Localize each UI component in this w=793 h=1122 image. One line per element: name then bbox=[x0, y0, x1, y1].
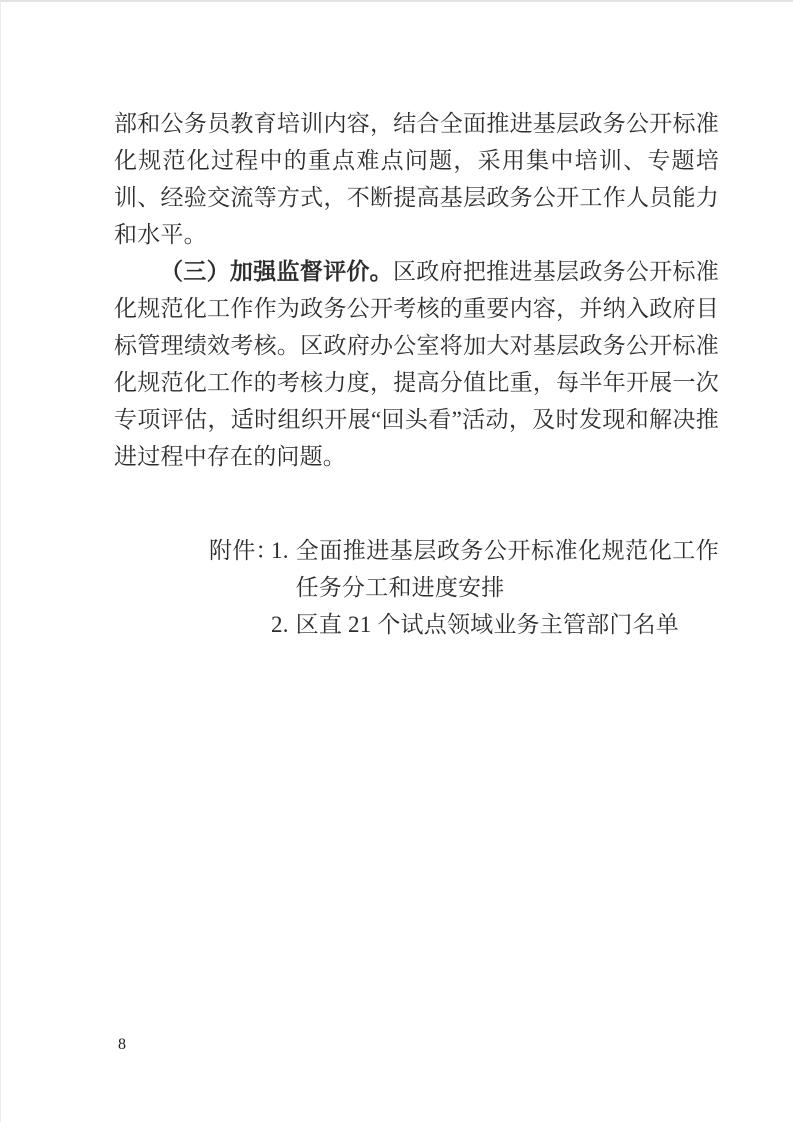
paragraph-section-three: （三）加强监督评价。区政府把推进基层政务公开标准化规范化工作作为政务公开考核的重… bbox=[114, 253, 719, 475]
attachment-block: 附件： 1. 全面推进基层政务公开标准化规范化工作任务分工和进度安排 2. 区直… bbox=[114, 532, 719, 643]
document-text-block: 部和公务员教育培训内容，结合全面推进基层政务公开标准化规范化过程中的重点难点问题… bbox=[114, 105, 719, 643]
paragraph-continuation: 部和公务员教育培训内容，结合全面推进基层政务公开标准化规范化过程中的重点难点问题… bbox=[114, 105, 719, 253]
attachment-item-1: 1. 全面推进基层政务公开标准化规范化工作任务分工和进度安排 bbox=[271, 532, 719, 606]
document-page: 部和公务员教育培训内容，结合全面推进基层政务公开标准化规范化过程中的重点难点问题… bbox=[0, 0, 793, 1122]
section-body-text: 区政府把推进基层政务公开标准化规范化工作作为政务公开考核的重要内容，并纳入政府目… bbox=[114, 259, 719, 469]
attachment-item-2-number: 2. bbox=[271, 606, 289, 643]
attachment-items: 1. 全面推进基层政务公开标准化规范化工作任务分工和进度安排 2. 区直 21 … bbox=[271, 532, 719, 643]
section-heading: （三）加强监督评价。 bbox=[160, 259, 393, 284]
attachment-item-2: 2. 区直 21 个试点领域业务主管部门名单 bbox=[271, 606, 719, 643]
attachment-item-1-title: 全面推进基层政务公开标准化规范化工作任务分工和进度安排 bbox=[296, 532, 719, 606]
page-number: 8 bbox=[118, 1035, 126, 1055]
attachment-item-2-title: 区直 21 个试点领域业务主管部门名单 bbox=[296, 606, 679, 643]
attachment-label: 附件： bbox=[209, 532, 279, 569]
